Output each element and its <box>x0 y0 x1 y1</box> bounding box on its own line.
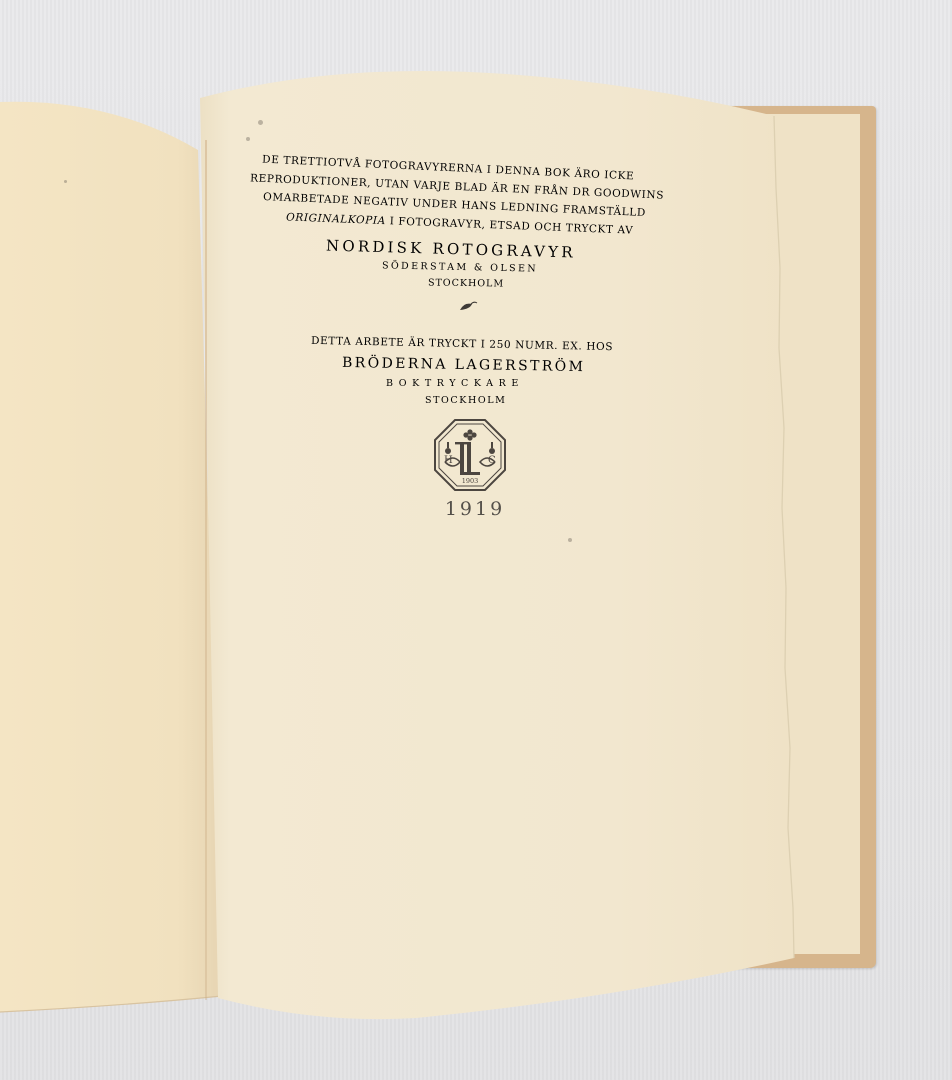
printer-title: BOKTRYCKARE <box>386 378 524 389</box>
svg-text:C: C <box>488 455 496 466</box>
left-page <box>0 100 224 1020</box>
spine-gutter <box>205 140 207 1000</box>
foxing-spot <box>246 137 250 141</box>
engraver-city: STOCKHOLM <box>428 277 504 289</box>
foxing-spot <box>64 180 67 183</box>
printer-mark-icon: H C 1903 <box>433 418 507 492</box>
foxing-spot <box>258 120 263 125</box>
leaf-ornament-icon <box>458 300 480 312</box>
svg-text:H: H <box>444 455 453 466</box>
svg-text:1903: 1903 <box>462 477 479 485</box>
printer-city: STOCKHOLM <box>425 395 507 406</box>
foxing-spot <box>568 538 572 542</box>
publication-year: 1919 <box>430 498 520 520</box>
